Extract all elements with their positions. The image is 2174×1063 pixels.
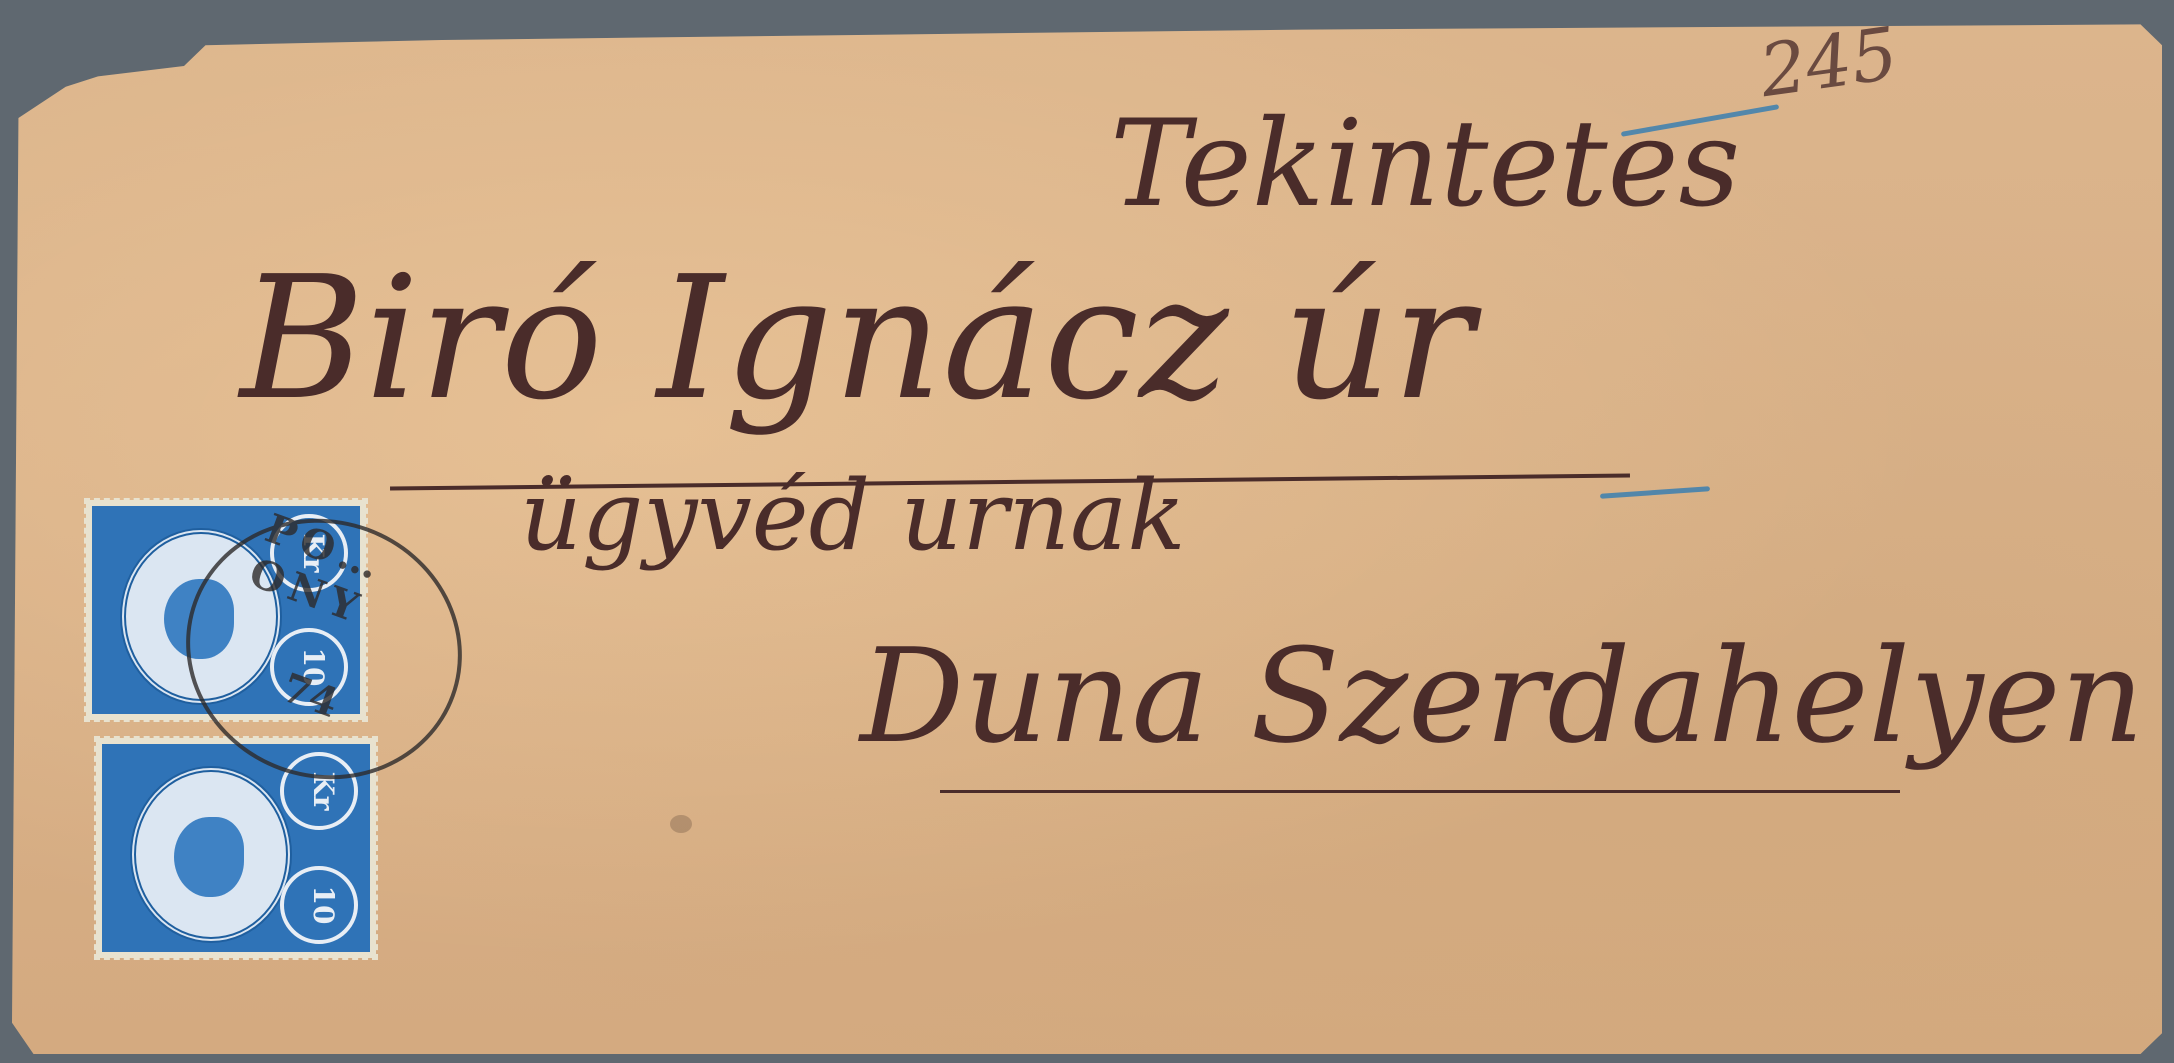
stamp-value: 10 [280, 866, 358, 944]
addressee-name: Biró Ignácz úr [240, 240, 1473, 438]
postmark-date: 74 [276, 664, 344, 727]
stain-spot [670, 815, 692, 833]
destination-underline [940, 790, 1900, 793]
salutation-text: Tekintetes [1110, 95, 1740, 234]
destination-text: Duna Szerdahelyen [860, 620, 2144, 772]
profession-text: ügyvéd urnak [520, 460, 1185, 572]
portrait-icon [130, 766, 292, 943]
